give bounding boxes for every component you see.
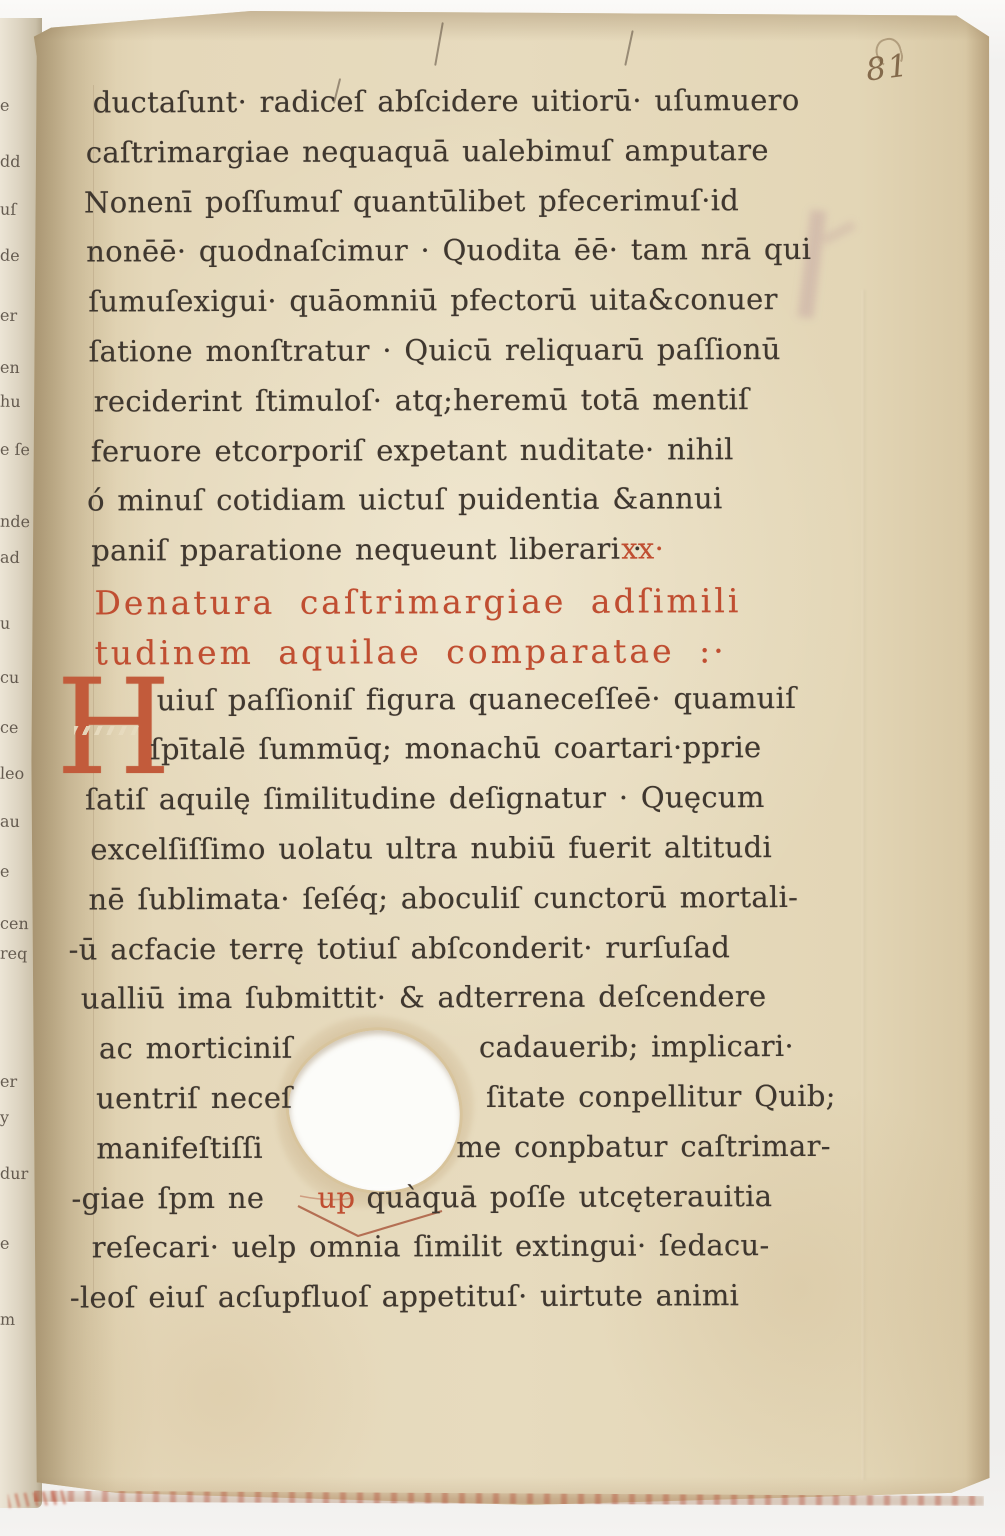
manuscript-line: caſtrimargiae nequaquā ualebimuſ amputar… bbox=[0, 132, 1003, 182]
line-text: excelſiſſimo uolatu ultra nubiū fuerit a… bbox=[90, 830, 772, 866]
line-text: ſatiſ aquilę ſimilitudine deſignatur · Q… bbox=[85, 780, 765, 816]
line-text: ſatione monſtratur · Quicū reliquarū paſ… bbox=[88, 332, 780, 368]
rubric-line: Denatura caſtrimargiae adſimili bbox=[0, 580, 1005, 630]
line-text: -giae ſpm ne bbox=[71, 1180, 264, 1215]
manuscript-line: ualliū ima ſubmittit· & adterrena deſcen… bbox=[1, 979, 1005, 1029]
line-text: Denatura caſtrimargiae adſimili bbox=[94, 581, 741, 622]
line-text: xx· bbox=[621, 532, 664, 566]
text-block: ductaſunt· radiceſ abſcidere uitiorū· uſ… bbox=[0, 0, 1005, 1536]
line-text: Nonenī poſſumuſ quantūlibet pfecerimuſ·i… bbox=[84, 183, 739, 219]
manuscript-line: ſatiſ aquilę ſimilitudine deſignatur · Q… bbox=[0, 779, 1005, 829]
line-text: quàquā poſſe utcęterauitia bbox=[366, 1179, 772, 1214]
manuscript-line: ſpītalē ſummūq; monachū coartari·pprie bbox=[0, 730, 1005, 780]
manuscript-line: -giae ſpm neupquàquā poſſe utcęterauitia bbox=[1, 1178, 1005, 1228]
line-text: ſumuſexigui· quāomniū pfectorū uita&conu… bbox=[88, 282, 777, 318]
line-text: paniſ pparatione nequeunt liberari · bbox=[91, 532, 642, 568]
manuscript-line: manifeſtiſſime conpbatur caſtrimar- bbox=[1, 1128, 1005, 1178]
line-text: ac morticiniſ bbox=[99, 1031, 293, 1066]
line-text: ſpītalē ſummūq; monachū coartari·pprie bbox=[150, 730, 762, 766]
manuscript-line: paniſ pparatione nequeunt liberari ·xx· bbox=[0, 530, 1004, 580]
line-text: me conpbatur caſtrimar- bbox=[456, 1129, 831, 1164]
line-text: ualliū ima ſubmittit· & adterrena deſcen… bbox=[81, 979, 767, 1015]
line-text: uiuſ paſſioniſ figura quaneceſſeē· quamu… bbox=[157, 681, 797, 717]
manuscript-line: excelſiſſimo uolatu ultra nubiū fuerit a… bbox=[0, 829, 1005, 879]
line-text: cadauerib; implicari· bbox=[479, 1029, 794, 1064]
manuscript-line: -ū acfacie terrę totiuſ abſconderit· rur… bbox=[1, 929, 1005, 979]
manuscript-line: ó minuſ cotidiam uictuſ puidentia &annui bbox=[0, 481, 1004, 531]
line-text: nonēē· quodnaſcimur · Quodita ēē· tam nr… bbox=[86, 232, 811, 269]
manuscript-scan: edduſdeerenhue ſendeaducuceleoauecenreqe… bbox=[0, 0, 1005, 1536]
manuscript-line: uentriſ neceſſitate conpellitur Quib; bbox=[1, 1078, 1005, 1128]
manuscript-line: uiuſ paſſioniſ figura quaneceſſeē· quamu… bbox=[0, 680, 1005, 730]
rubric-line: tudinem aquilae comparatae :· bbox=[0, 630, 1005, 680]
manuscript-line: nē ſublimata· ſeſéq; aboculiſ cunctorū m… bbox=[0, 879, 1005, 929]
line-text: ó minuſ cotidiam uictuſ puidentia &annui bbox=[87, 482, 723, 518]
line-text: ſitate conpellitur Quib; bbox=[486, 1079, 836, 1114]
line-text: -leoſ eiuſ acſupfluoſ appetituſ· uirtute… bbox=[70, 1278, 739, 1314]
line-text: uentriſ neceſ bbox=[96, 1081, 292, 1116]
manuscript-line: feruore etcorporiſ expetant nuditate· ni… bbox=[0, 431, 1004, 481]
line-text: nē ſublimata· ſeſéq; aboculiſ cunctorū m… bbox=[88, 880, 798, 916]
line-text: tudinem aquilae comparatae :· bbox=[95, 631, 727, 672]
line-text: reſecari· uelp omnia ſimilit extingui· ſ… bbox=[92, 1228, 770, 1264]
manuscript-line: ſatione monſtratur · Quicū reliquarū paſ… bbox=[0, 331, 1004, 381]
line-text: manifeſtiſſi bbox=[96, 1131, 263, 1166]
manuscript-line: ſumuſexigui· quāomniū pfectorū uita&conu… bbox=[0, 281, 1003, 331]
line-text: caſtrimargiae nequaquā ualebimuſ amputar… bbox=[86, 133, 769, 169]
manuscript-line: Nonenī poſſumuſ quantūlibet pfecerimuſ·i… bbox=[0, 182, 1003, 232]
manuscript-line: nonēē· quodnaſcimur · Quodita ēē· tam nr… bbox=[0, 232, 1003, 282]
line-text: ductaſunt· radiceſ abſcidere uitiorū· uſ… bbox=[93, 83, 800, 119]
line-text: up bbox=[317, 1180, 355, 1214]
line-text: reciderint ſtimuloſ· atq;heremū totā men… bbox=[94, 382, 750, 418]
manuscript-line: ac morticiniſcadauerib; implicari· bbox=[1, 1028, 1005, 1078]
manuscript-line: -leoſ eiuſ acſupfluoſ appetituſ· uirtute… bbox=[2, 1277, 1005, 1327]
line-text: -ū acfacie terrę totiuſ abſconderit· rur… bbox=[69, 930, 731, 966]
line-text: feruore etcorporiſ expetant nuditate· ni… bbox=[91, 432, 734, 468]
manuscript-line: ductaſunt· radiceſ abſcidere uitiorū· uſ… bbox=[0, 82, 1003, 132]
manuscript-line: reciderint ſtimuloſ· atq;heremū totā men… bbox=[0, 381, 1004, 431]
manuscript-line: reſecari· uelp omnia ſimilit extingui· ſ… bbox=[2, 1228, 1005, 1278]
